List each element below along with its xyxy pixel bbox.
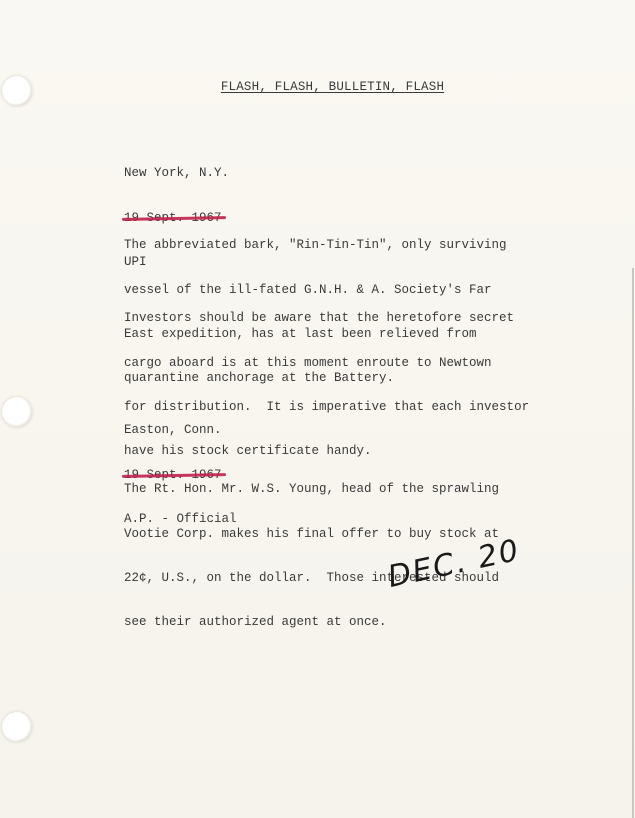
punch-hole-middle (2, 397, 32, 427)
paragraph-line: Investors should be aware that the heret… (124, 311, 529, 326)
punch-hole-bottom (2, 712, 32, 742)
paragraph-line: cargo aboard is at this moment enroute t… (124, 356, 529, 371)
paragraph-line: The Rt. Hon. Mr. W.S. Young, head of the… (124, 482, 499, 497)
dateline-place: Easton, Conn. (124, 423, 237, 438)
page-edge-shadow (632, 268, 634, 818)
document-page: FLASH, FLASH, BULLETIN, FLASH New York, … (0, 0, 635, 818)
paragraph-line: The abbreviated bark, "Rin-Tin-Tin", onl… (124, 238, 507, 253)
paragraph-line: Vootie Corp. makes his final offer to bu… (124, 527, 499, 542)
paragraph-line: see their authorized agent at once. (124, 615, 499, 630)
document-title: FLASH, FLASH, BULLETIN, FLASH (0, 80, 635, 94)
dateline-place: New York, N.Y. (124, 166, 229, 181)
